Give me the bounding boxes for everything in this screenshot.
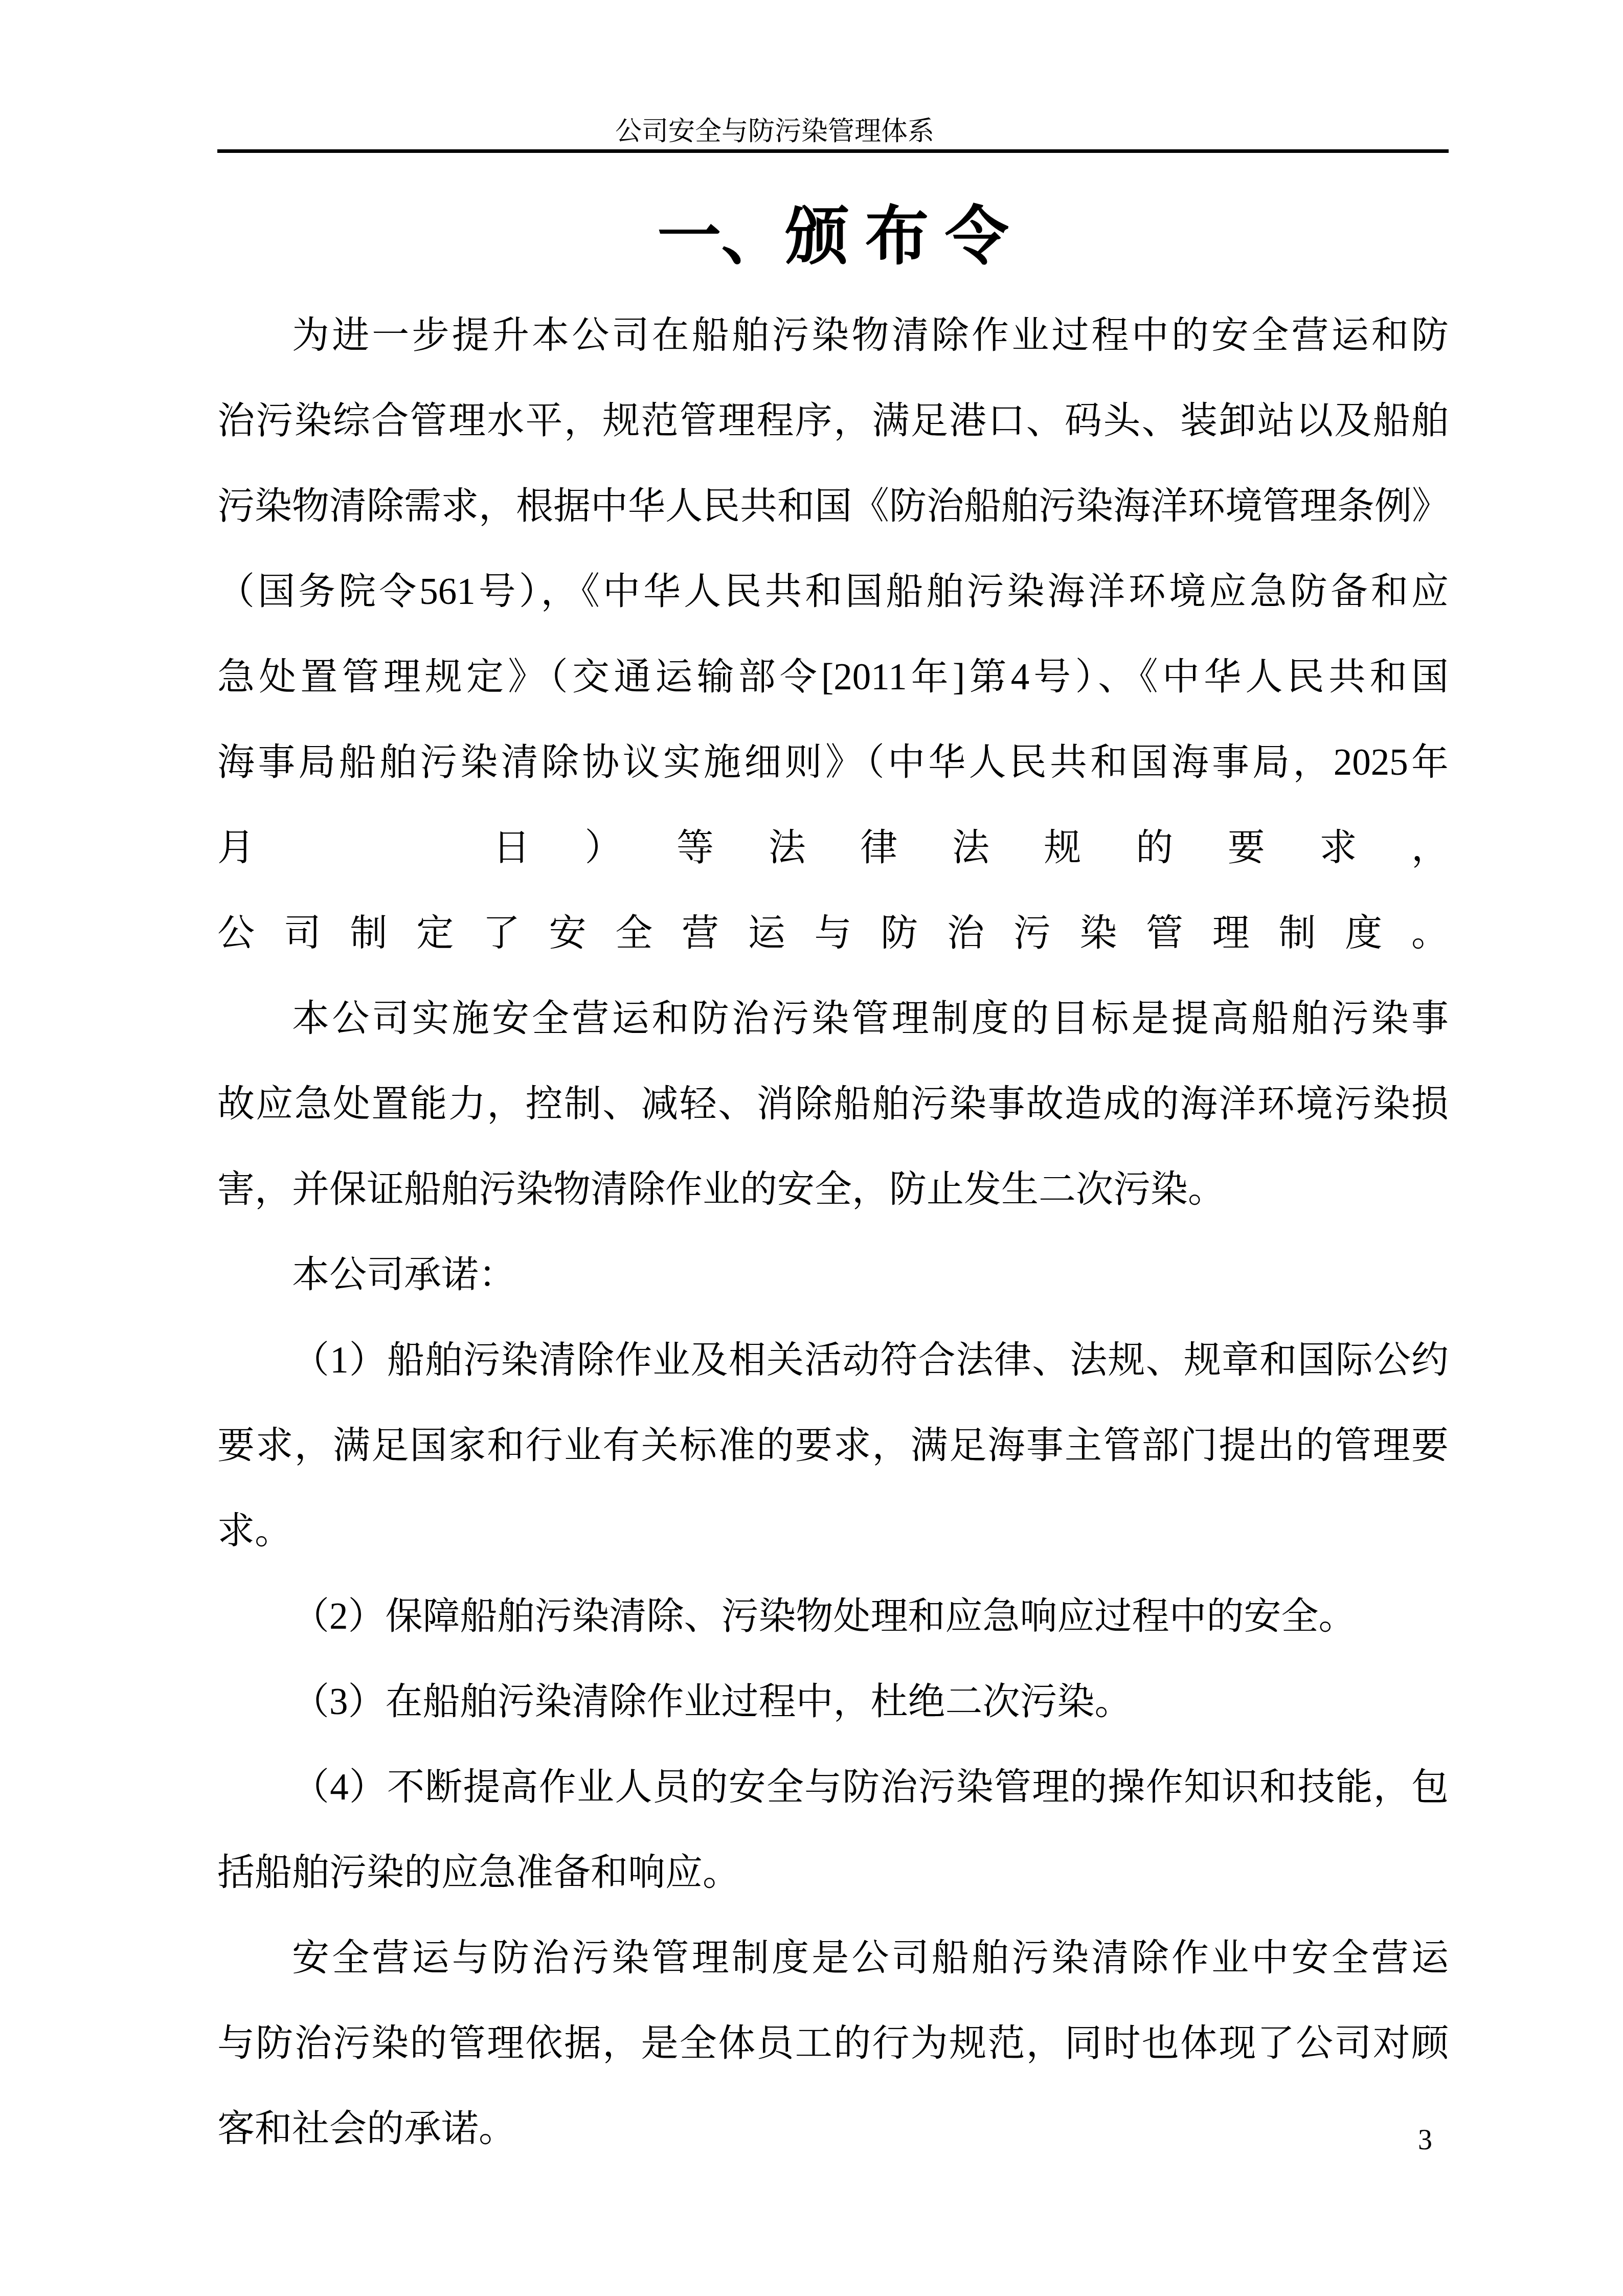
body-line: 本公司承诺：: [217, 1232, 1449, 1317]
body-line: （3）在船舶污染清除作业过程中，杜绝二次污染。: [217, 1659, 1449, 1744]
document-title: 一、颁 布 令: [217, 196, 1449, 279]
body-line: 害，并保证船舶污染物清除作业的安全，防止发生二次污染。: [217, 1146, 1449, 1232]
body-line: 月 日）等法律法规的要求，公司制定了安全营运与防治污染管理制度。: [217, 805, 1449, 976]
page-footer: 3: [217, 2122, 1432, 2158]
body-line: 急处置管理规定》（交通运输部令[2011年]第4号）、《中华人民共和国: [217, 634, 1449, 719]
document-page: 公司安全与防污染管理体系 一、颁 布 令 为进一步提升本公司在船舶污染物清除作业…: [0, 0, 1623, 2296]
header-rule: [217, 149, 1449, 153]
document-body: 为进一步提升本公司在船舶污染物清除作业过程中的安全营运和防 治污染综合管理水平，…: [217, 292, 1449, 2171]
body-line: （1）船舶污染清除作业及相关活动符合法律、法规、规章和国际公约: [217, 1317, 1449, 1403]
body-line: （2）保障船舶污染清除、污染物处理和应急响应过程中的安全。: [217, 1573, 1449, 1659]
page-header: 公司安全与防污染管理体系: [217, 117, 1449, 153]
body-line: （国务院令561号），《中华人民共和国船舶污染海洋环境应急防备和应: [217, 549, 1449, 634]
body-line: 污染物清除需求，根据中华人民共和国《防治船舶污染海洋环境管理条例》: [217, 463, 1449, 549]
page-number: 3: [1418, 2124, 1432, 2156]
body-line: 括船舶污染的应急准备和响应。: [217, 1830, 1449, 1915]
body-line: （4）不断提高作业人员的安全与防治污染管理的操作知识和技能，包: [217, 1744, 1449, 1830]
body-line: 故应急处置能力，控制、减轻、消除船舶污染事故造成的海洋环境污染损: [217, 1061, 1449, 1146]
body-line: 安全营运与防治污染管理制度是公司船舶污染清除作业中安全营运: [217, 1915, 1449, 2000]
body-line: 治污染综合管理水平，规范管理程序，满足港口、码头、装卸站以及船舶: [217, 378, 1449, 463]
document-content: 一、颁 布 令 为进一步提升本公司在船舶污染物清除作业过程中的安全营运和防 治污…: [217, 196, 1449, 2171]
body-line: 海事局船舶污染清除协议实施细则》（中华人民共和国海事局，2025年: [217, 719, 1449, 805]
body-line: 为进一步提升本公司在船舶污染物清除作业过程中的安全营运和防: [217, 292, 1449, 378]
body-line: 与防治污染的管理依据，是全体员工的行为规范，同时也体现了公司对顾: [217, 2000, 1449, 2086]
body-line: 求。: [217, 1488, 1449, 1573]
body-line: 要求，满足国家和行业有关标准的要求，满足海事主管部门提出的管理要: [217, 1403, 1449, 1488]
header-title: 公司安全与防污染管理体系: [159, 117, 1390, 147]
body-line: 本公司实施安全营运和防治污染管理制度的目标是提高船舶污染事: [217, 976, 1449, 1061]
